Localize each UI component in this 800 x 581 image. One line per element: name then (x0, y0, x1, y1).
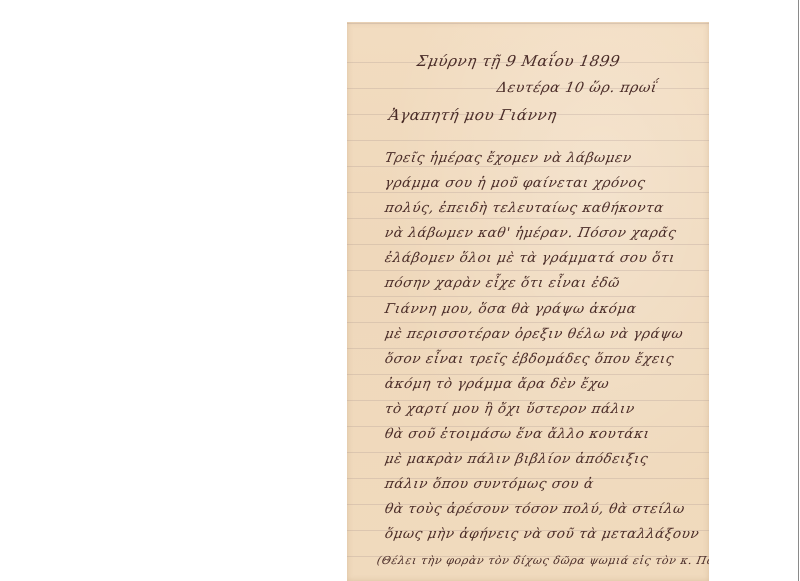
letter-postscript: (Θέλει τὴν φορὰν τὸν δίχως δῶρα ψωμιά εἰ… (376, 554, 709, 567)
letter-body-line: ἐλάβομεν ὅλοι μὲ τὰ γράμματά σου ὅτι (384, 250, 677, 266)
letter-body-line: Γιάννη μου, ὅσα θὰ γράψω ἀκόμα (384, 301, 638, 317)
letter-body-line: μὲ μακρὰν πάλιν βιβλίον ἀπόδειξις (384, 451, 650, 467)
letter-body-line: τὸ χαρτί μου ἢ ὄχι ὕστερον πάλιν (384, 401, 637, 417)
letter-date-line: Σμύρνη τῇ 9 Μαΐου 1899 (415, 52, 621, 70)
letter-body-line: ὅσον εἶναι τρεῖς ἐβδομάδες ὅπου ἔχεις (384, 351, 676, 367)
letter-body-line: πάλιν ὅπου συντόμως σου ἀ (384, 476, 596, 492)
letter-body-line: πολύς, ἐπειδὴ τελευταίως καθήκοντα (384, 200, 666, 216)
letter-salutation: Ἀγαπητή μου Γιάννη (387, 106, 558, 124)
letter-page: Σμύρνη τῇ 9 Μαΐου 1899 Δευτέρα 10 ὥρ. πρ… (347, 22, 709, 581)
letter-body-line: θὰ σοῦ ἑτοιμάσω ἕνα ἄλλο κουτάκι (384, 426, 651, 442)
letter-body-line: νὰ λάβωμεν καθ' ἡμέραν. Πόσον χαρᾶς (384, 225, 678, 241)
letter-body-line: πόσην χαρὰν εἶχε ὅτι εἶναι ἐδῶ (384, 275, 622, 291)
letter-body-line: ἀκόμη τὸ γράμμα ἄρα δὲν ἔχω (384, 376, 611, 392)
letter-body-line: μὲ περισσοτέραν ὀρεξιν θέλω νὰ γράψω (384, 326, 685, 342)
scan-border-line (798, 0, 799, 581)
letter-body-line: ὅμως μὴν ἀφήνεις νὰ σοῦ τὰ μεταλλάξουν (384, 526, 701, 542)
letter-time-line: Δευτέρα 10 ὥρ. πρωΐ (496, 80, 659, 96)
letter-body-line: γράμμα σου ἡ μοῦ φαίνεται χρόνος (384, 175, 647, 191)
letter-body-line: Τρεῖς ἡμέρας ἔχομεν νὰ λάβωμεν (384, 150, 634, 166)
letter-body-line: θὰ τοὺς ἀρέσουν τόσον πολύ, θὰ στείλω (384, 501, 687, 517)
